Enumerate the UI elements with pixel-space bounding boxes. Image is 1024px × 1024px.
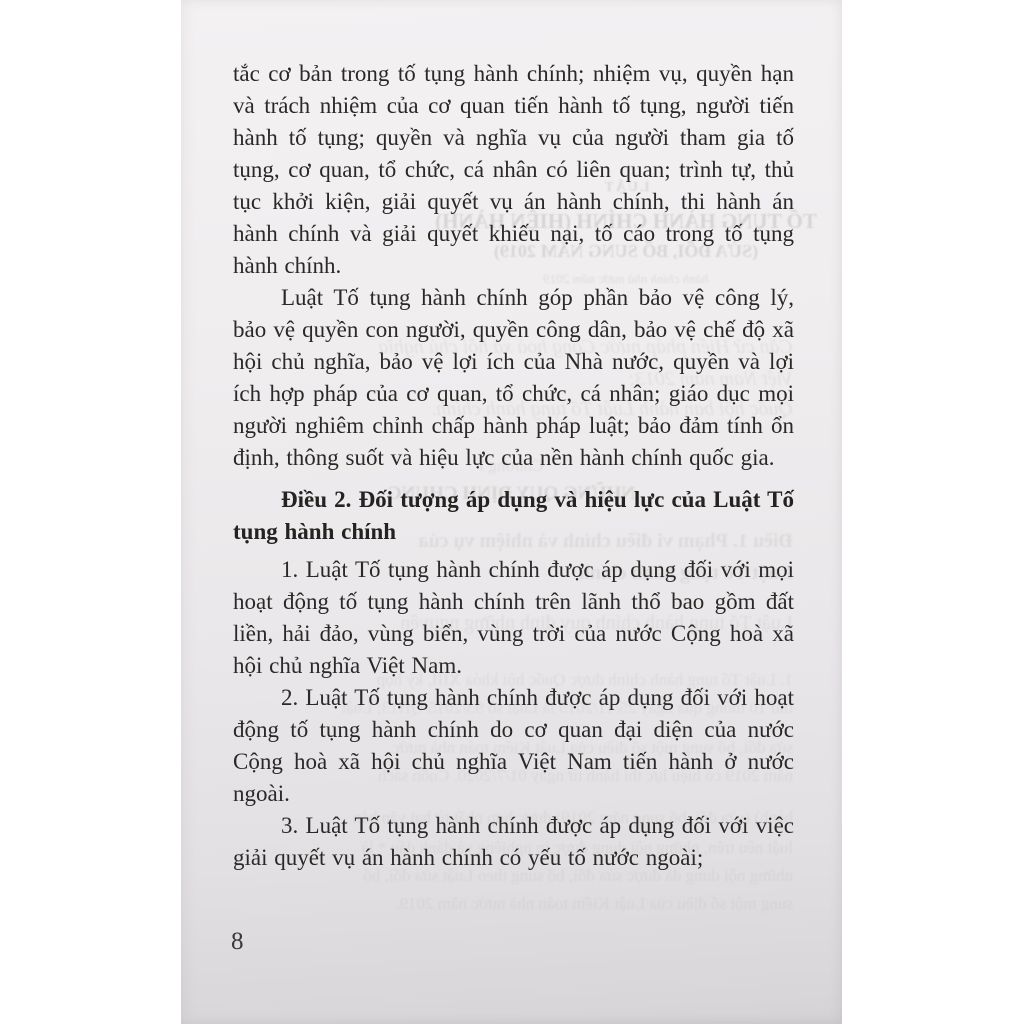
text-column: tắc cơ bản trong tố tụng hành chính; nhi… (233, 58, 794, 874)
photo-canvas: LUẬT TỐ TỤNG HÀNH CHÍNH (HIỆN HÀNH) (SỬA… (0, 0, 1024, 1024)
purpose-paragraph: Luật Tố tụng hành chính góp phần bảo vệ … (233, 282, 794, 474)
book-page: LUẬT TỐ TỤNG HÀNH CHÍNH (HIỆN HÀNH) (SỬA… (181, 0, 842, 1024)
ghost-text: sung một số điều của Luật Kiểm toán nhà … (231, 894, 793, 914)
clause-1-paragraph: 1. Luật Tố tụng hành chính được áp dụng … (233, 554, 794, 682)
clause-2-paragraph: 2. Luật Tố tụng hành chính được áp dụng … (233, 682, 794, 810)
article-2-heading: Điều 2. Đối tượng áp dụng và hiệu lực củ… (233, 484, 794, 548)
continuation-paragraph: tắc cơ bản trong tố tụng hành chính; nhi… (233, 58, 794, 282)
clause-3-paragraph: 3. Luật Tố tụng hành chính được áp dụng … (233, 810, 794, 874)
page-number: 8 (231, 928, 244, 956)
